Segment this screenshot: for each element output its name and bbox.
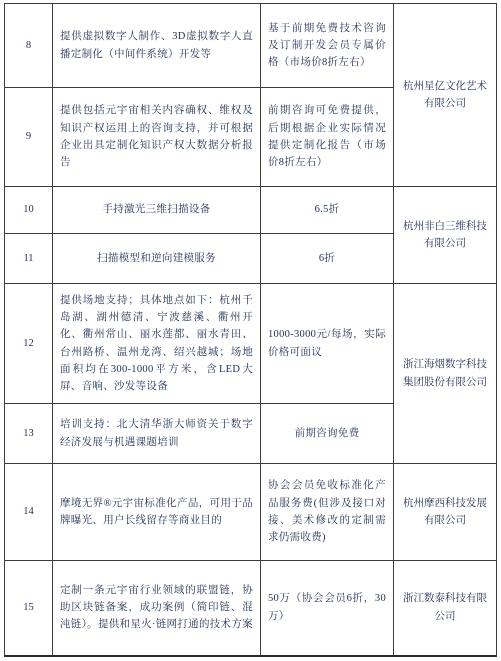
company-cell: 浙江数泰科技有限公司 bbox=[394, 561, 497, 656]
table-row: 15定制一条元宇宙行业领域的联盟链，协助区块链备案，成功案例（简印链、混沌链）。… bbox=[5, 561, 497, 656]
service-description-cell: 提供场地支持；具体地点如下：杭州千岛湖、湖州德清、宁波慈溪、衢州开化、衢州常山、… bbox=[53, 284, 261, 404]
price-cell: 50万（协会会员6折，30万） bbox=[261, 561, 394, 656]
row-number-cell: 11 bbox=[5, 234, 53, 284]
price-cell: 1000-3000元/每场，实际价格可面议 bbox=[261, 284, 394, 404]
price-cell: 6.5折 bbox=[261, 187, 394, 234]
table-row: 8提供虚拟数字人制作、3D虚拟数字人直播定制化（中间件系统）开发等基于前期免费技… bbox=[5, 4, 497, 88]
row-number-cell: 12 bbox=[5, 284, 53, 404]
service-description-cell: 提供包括元宇宙相关内容确权、维权及知识产权运用上的咨询支持，并可根据企业出具定制… bbox=[53, 88, 261, 187]
service-description-cell: 手持激光三维扫描设备 bbox=[53, 187, 261, 234]
price-cell: 协会会员免收标准化产品服务费(但涉及接口对接、美术修改的定制需求仍需收费) bbox=[261, 464, 394, 561]
row-number-cell: 15 bbox=[5, 561, 53, 656]
row-number-cell: 13 bbox=[5, 404, 53, 464]
table-row: 12提供场地支持；具体地点如下：杭州千岛湖、湖州德清、宁波慈溪、衢州开化、衢州常… bbox=[5, 284, 497, 404]
company-cell: 杭州星亿文化艺术有限公司 bbox=[394, 4, 497, 187]
row-number-cell: 8 bbox=[5, 4, 53, 88]
service-description-cell: 摩境无界®元宇宙标准化产品，可用于品牌曝光、用户长线留存等商业目的 bbox=[53, 464, 261, 561]
service-table-body: 8提供虚拟数字人制作、3D虚拟数字人直播定制化（中间件系统）开发等基于前期免费技… bbox=[5, 4, 497, 656]
service-description-cell: 定制一条元宇宙行业领域的联盟链，协助区块链备案，成功案例（简印链、混沌链）。提供… bbox=[53, 561, 261, 656]
company-cell: 浙江海烟数字科技集团股份有限公司 bbox=[394, 284, 497, 464]
price-cell: 基于前期免费技术咨询及订制开发会员专属价格（市场价8折左右） bbox=[261, 4, 394, 88]
company-cell: 杭州摩西科技发展有限公司 bbox=[394, 464, 497, 561]
company-cell: 杭州非白三维科技有限公司 bbox=[394, 187, 497, 284]
row-number-cell: 9 bbox=[5, 88, 53, 187]
service-price-table: 8提供虚拟数字人制作、3D虚拟数字人直播定制化（中间件系统）开发等基于前期免费技… bbox=[4, 3, 497, 657]
table-row: 14摩境无界®元宇宙标准化产品，可用于品牌曝光、用户长线留存等商业目的协会会员免… bbox=[5, 464, 497, 561]
row-number-cell: 10 bbox=[5, 187, 53, 234]
price-cell: 前期咨询免费 bbox=[261, 404, 394, 464]
row-number-cell: 14 bbox=[5, 464, 53, 561]
service-description-cell: 提供虚拟数字人制作、3D虚拟数字人直播定制化（中间件系统）开发等 bbox=[53, 4, 261, 88]
service-description-cell: 培训支持：北大清华浙大师资关于数字经济发展与机遇课题培训 bbox=[53, 404, 261, 464]
service-description-cell: 扫描模型和逆向建模服务 bbox=[53, 234, 261, 284]
price-cell: 前期咨询可免费提供，后期根据企业实际情况提供定制化报告（市场价8折左右） bbox=[261, 88, 394, 187]
price-cell: 6折 bbox=[261, 234, 394, 284]
table-row: 10手持激光三维扫描设备6.5折杭州非白三维科技有限公司 bbox=[5, 187, 497, 234]
document-page: 8提供虚拟数字人制作、3D虚拟数字人直播定制化（中间件系统）开发等基于前期免费技… bbox=[0, 0, 501, 661]
